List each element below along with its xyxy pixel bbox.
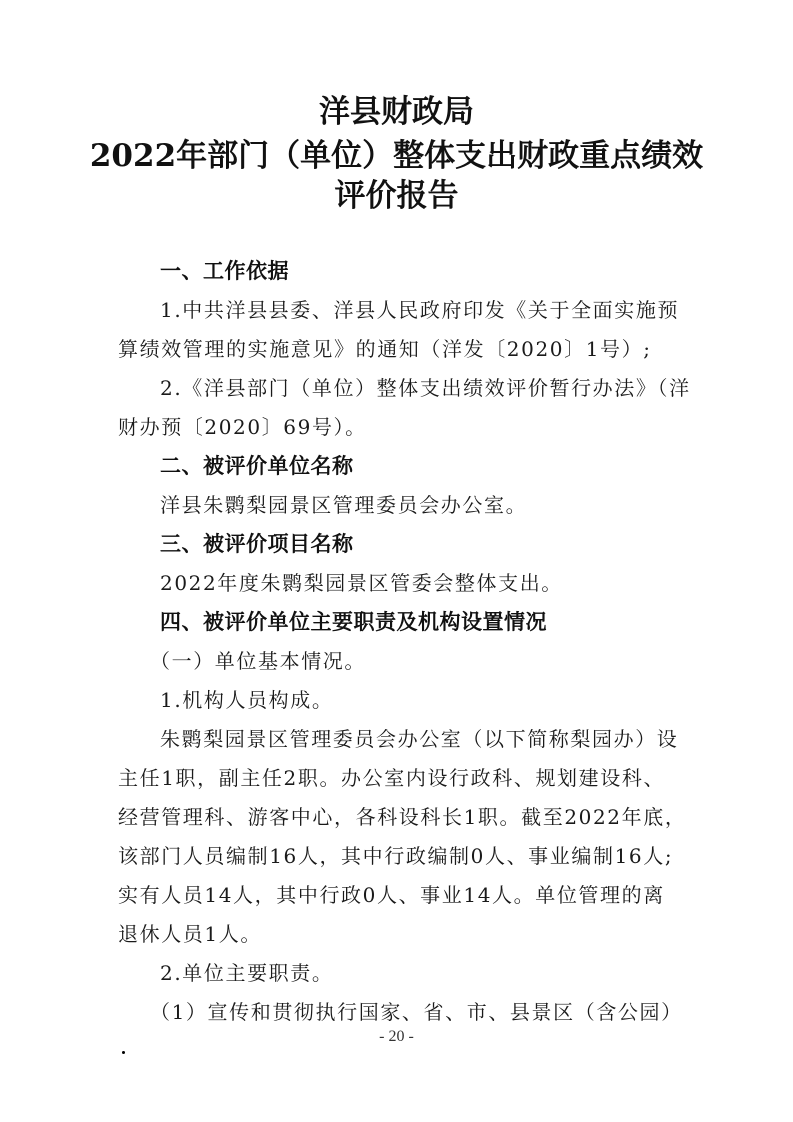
section-3-heading: 三、被评价项目名称: [160, 529, 716, 559]
section-1-item-2-line-1: 2.《洋县部门（单位）整体支出绩效评价暂行办法》（洋: [160, 373, 716, 403]
section-4-paragraph-line-1: 朱鹮梨园景区管理委员会办公室（以下简称梨园办）设: [160, 724, 716, 754]
section-4-paragraph-line-5: 实有人员14人，其中行政0人、事业14人。单位管理的离: [118, 880, 674, 910]
section-1-item-2-line-2: 财办预〔2020〕69号）。: [118, 412, 674, 442]
title-line-2: 2022年部门（单位）整体支出财政重点绩效: [0, 136, 793, 176]
section-4-item-2-sub-1: （1）宣传和贯彻执行国家、省、市、县景区（含公园）: [150, 997, 706, 1027]
section-4-paragraph-line-2: 主任1职，副主任2职。办公室内设行政科、规划建设科、: [118, 763, 674, 793]
section-4-subheading-1: （一）单位基本情况。: [150, 646, 706, 676]
section-2-body: 洋县朱鹮梨园景区管理委员会办公室。: [160, 490, 716, 520]
section-4-paragraph-line-3: 经营管理科、游客中心，各科设科长1职。截至2022年底，: [118, 802, 674, 832]
section-3-body: 2022年度朱鹮梨园景区管委会整体支出。: [160, 568, 716, 598]
page-number: - 20 -: [0, 1028, 793, 1046]
title-line-3: 评价报告: [0, 176, 793, 216]
section-1-item-1-line-2: 算绩效管理的实施意见》的通知（洋发〔2020〕1号）;: [118, 334, 674, 364]
section-4-heading: 四、被评价单位主要职责及机构设置情况: [160, 607, 716, 637]
document-page: 洋县财政局 2022年部门（单位）整体支出财政重点绩效 评价报告 一、工作依据 …: [0, 0, 793, 1122]
section-4-item-2: 2.单位主要职责。: [160, 958, 716, 988]
section-2-heading: 二、被评价单位名称: [160, 451, 716, 481]
section-1-item-1-line-1: 1.中共洋县县委、洋县人民政府印发《关于全面实施预: [160, 295, 674, 325]
title-line-1: 洋县财政局: [0, 92, 793, 132]
section-4-paragraph-line-4: 该部门人员编制16人，其中行政编制0人、事业编制16人;: [118, 841, 674, 871]
section-1-heading: 一、工作依据: [160, 256, 716, 286]
section-4-item-1: 1.机构人员构成。: [160, 685, 716, 715]
section-4-paragraph-line-6: 退休人员1人。: [118, 919, 674, 949]
scan-speck: [122, 1051, 125, 1054]
